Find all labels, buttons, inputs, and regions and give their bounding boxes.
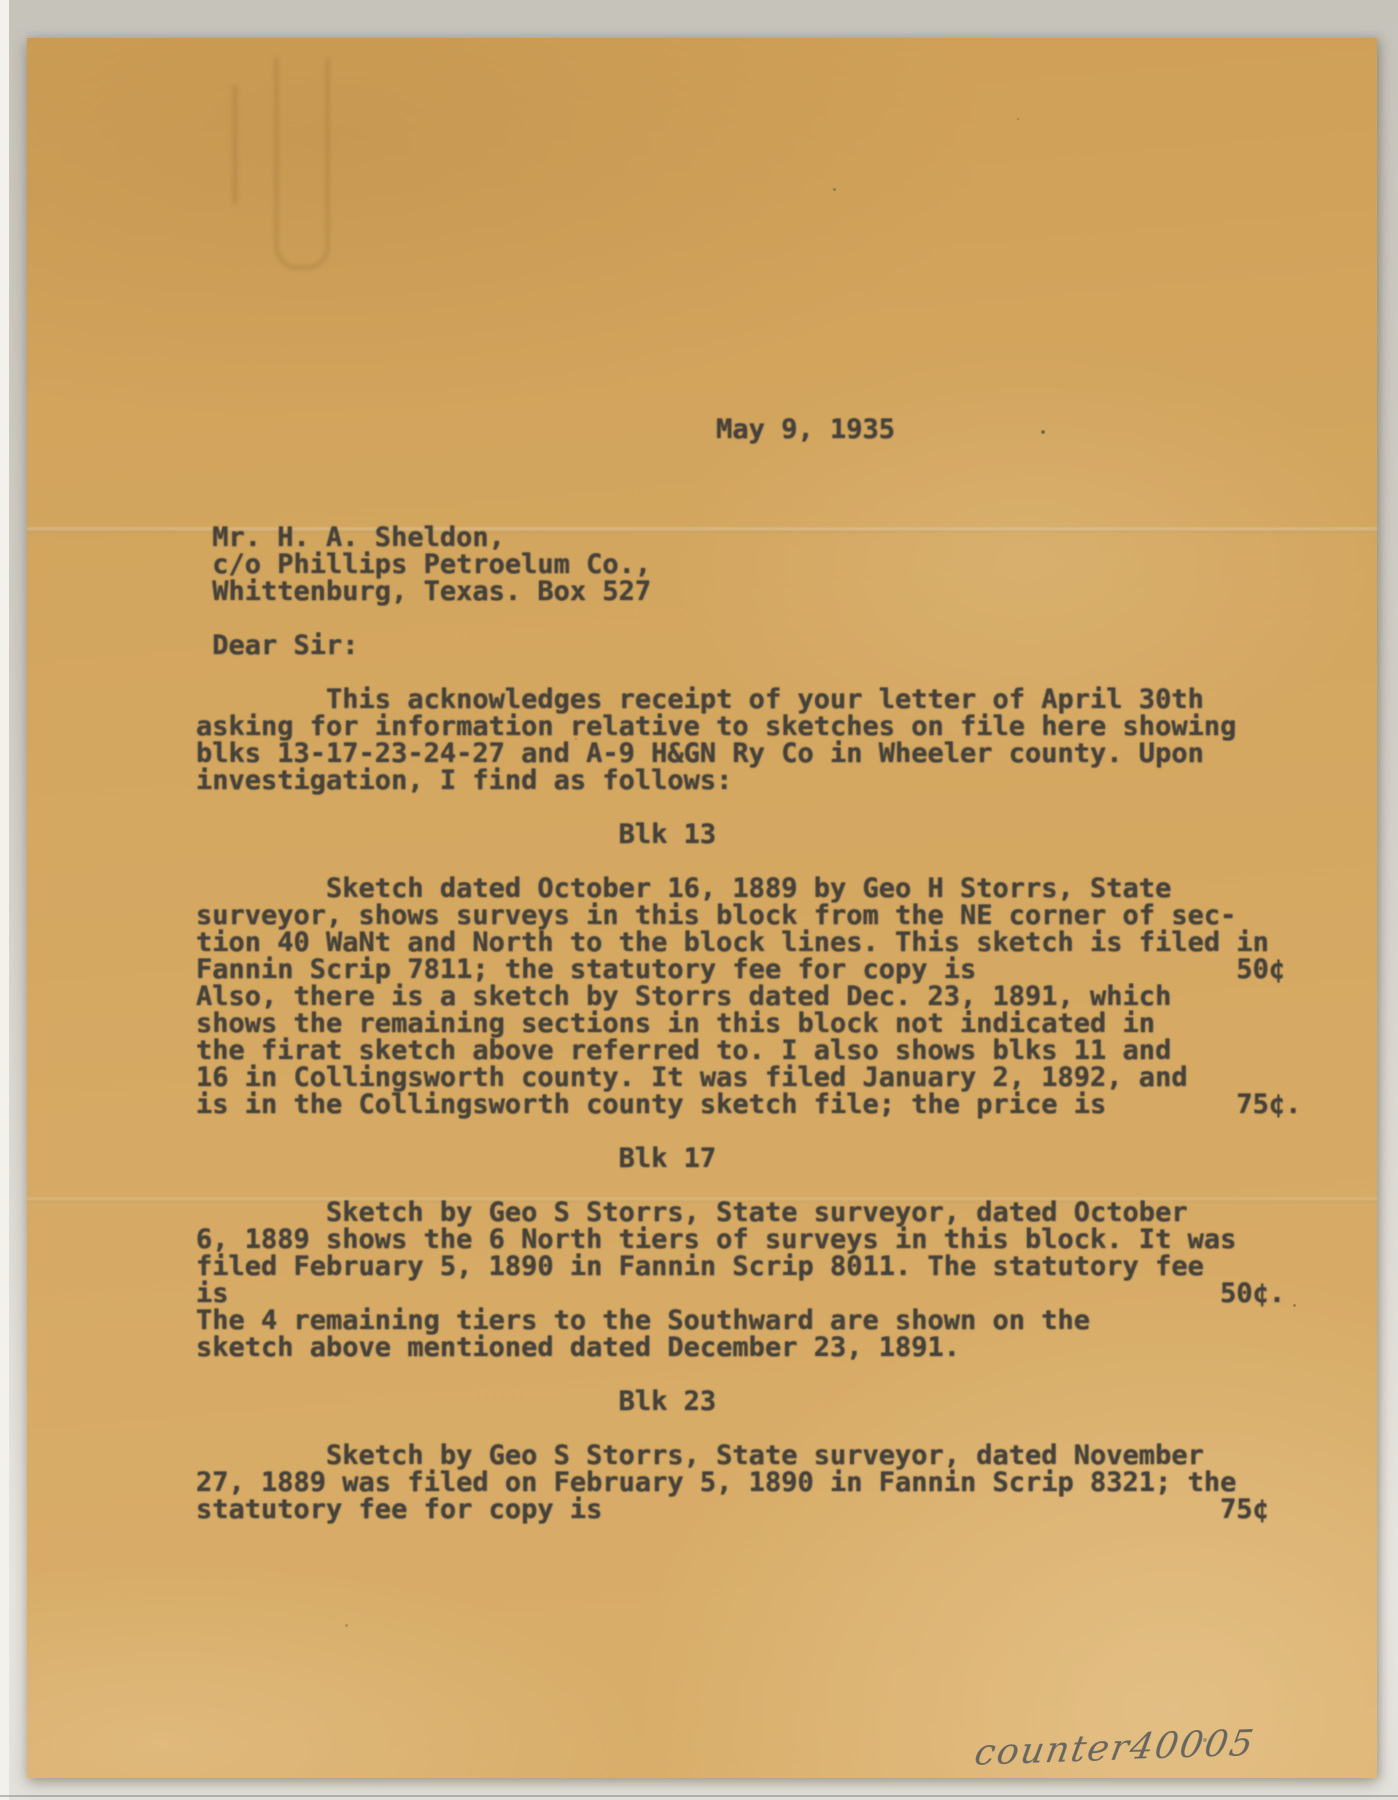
salutation: Dear Sir: (196, 632, 1301, 659)
scanner-edge-strip (0, 0, 9, 1800)
heading-blk-17: Blk 17 (196, 1145, 1301, 1172)
handwritten-annotation: counter40005 (971, 1723, 1258, 1774)
typed-letter-body: May 9, 1935 Mr. H. A. Sheldon, c/o Phill… (196, 416, 1301, 1523)
blk-23-paragraph: Sketch by Geo S Storrs, State surveyor, … (196, 1442, 1301, 1523)
letter-paper: May 9, 1935 Mr. H. A. Sheldon, c/o Phill… (27, 38, 1377, 1778)
paper-speck (1017, 118, 1019, 120)
blk-13-paragraph: Sketch dated October 16, 1889 by Geo H S… (196, 875, 1301, 1118)
heading-blk-23: Blk 23 (196, 1388, 1301, 1415)
paper-speck (345, 1624, 348, 1627)
paper-speck (833, 188, 836, 191)
date-line: May 9, 1935 (196, 416, 1301, 443)
recipient-address: Mr. H. A. Sheldon, c/o Phillips Petroelu… (196, 524, 1301, 605)
heading-blk-13: Blk 13 (196, 821, 1301, 848)
scan-background: May 9, 1935 Mr. H. A. Sheldon, c/o Phill… (0, 0, 1398, 1800)
scan-bottom-edge (0, 1795, 1398, 1797)
paperclip-impression-streak (233, 86, 237, 204)
intro-paragraph: This acknowledges receipt of your letter… (196, 686, 1301, 794)
blk-17-paragraph: Sketch by Geo S Storrs, State surveyor, … (196, 1199, 1301, 1361)
paperclip-impression (275, 58, 329, 269)
